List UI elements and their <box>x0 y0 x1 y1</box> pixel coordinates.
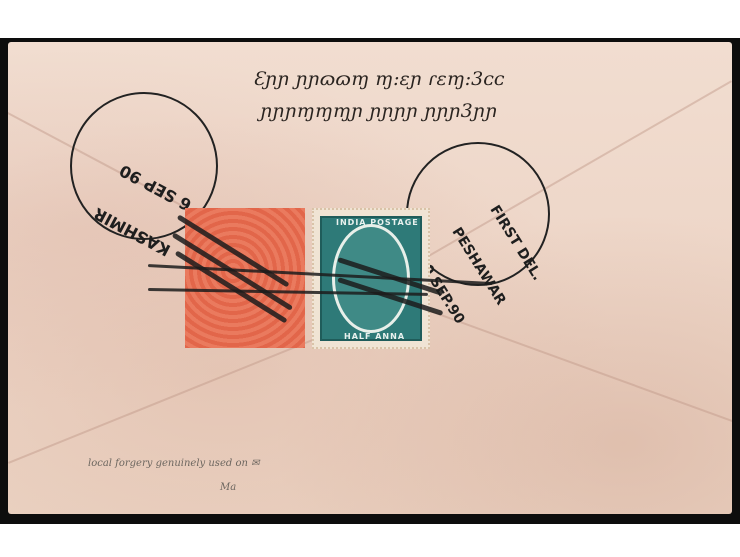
pencil-initials: Ma <box>220 482 236 493</box>
pencil-note: local forgery genuinely used on ✉ <box>88 458 259 469</box>
stamp-bottom-text: HALF ANNA <box>344 332 405 341</box>
manuscript-line-1: Ɛɲɲ ɲɲɷɷɱ ɱ:ɛɲ ɾɛɱ:3ᴄᴄ <box>253 68 505 90</box>
manuscript-line-2: ɲɲɲɱɱɱɲ ɲɲɲɲ ɲɲɲ3ɲɲ <box>260 100 497 122</box>
stamp-top-text: INDIA POSTAGE <box>336 218 419 227</box>
envelope-cover: Ɛɲɲ ɲɲɷɷɱ ɱ:ɛɲ ɾɛɱ:3ᴄᴄ ɲɲɲɱɱɱɲ ɲɲɲɲ ɲɲɲ3… <box>8 42 732 514</box>
